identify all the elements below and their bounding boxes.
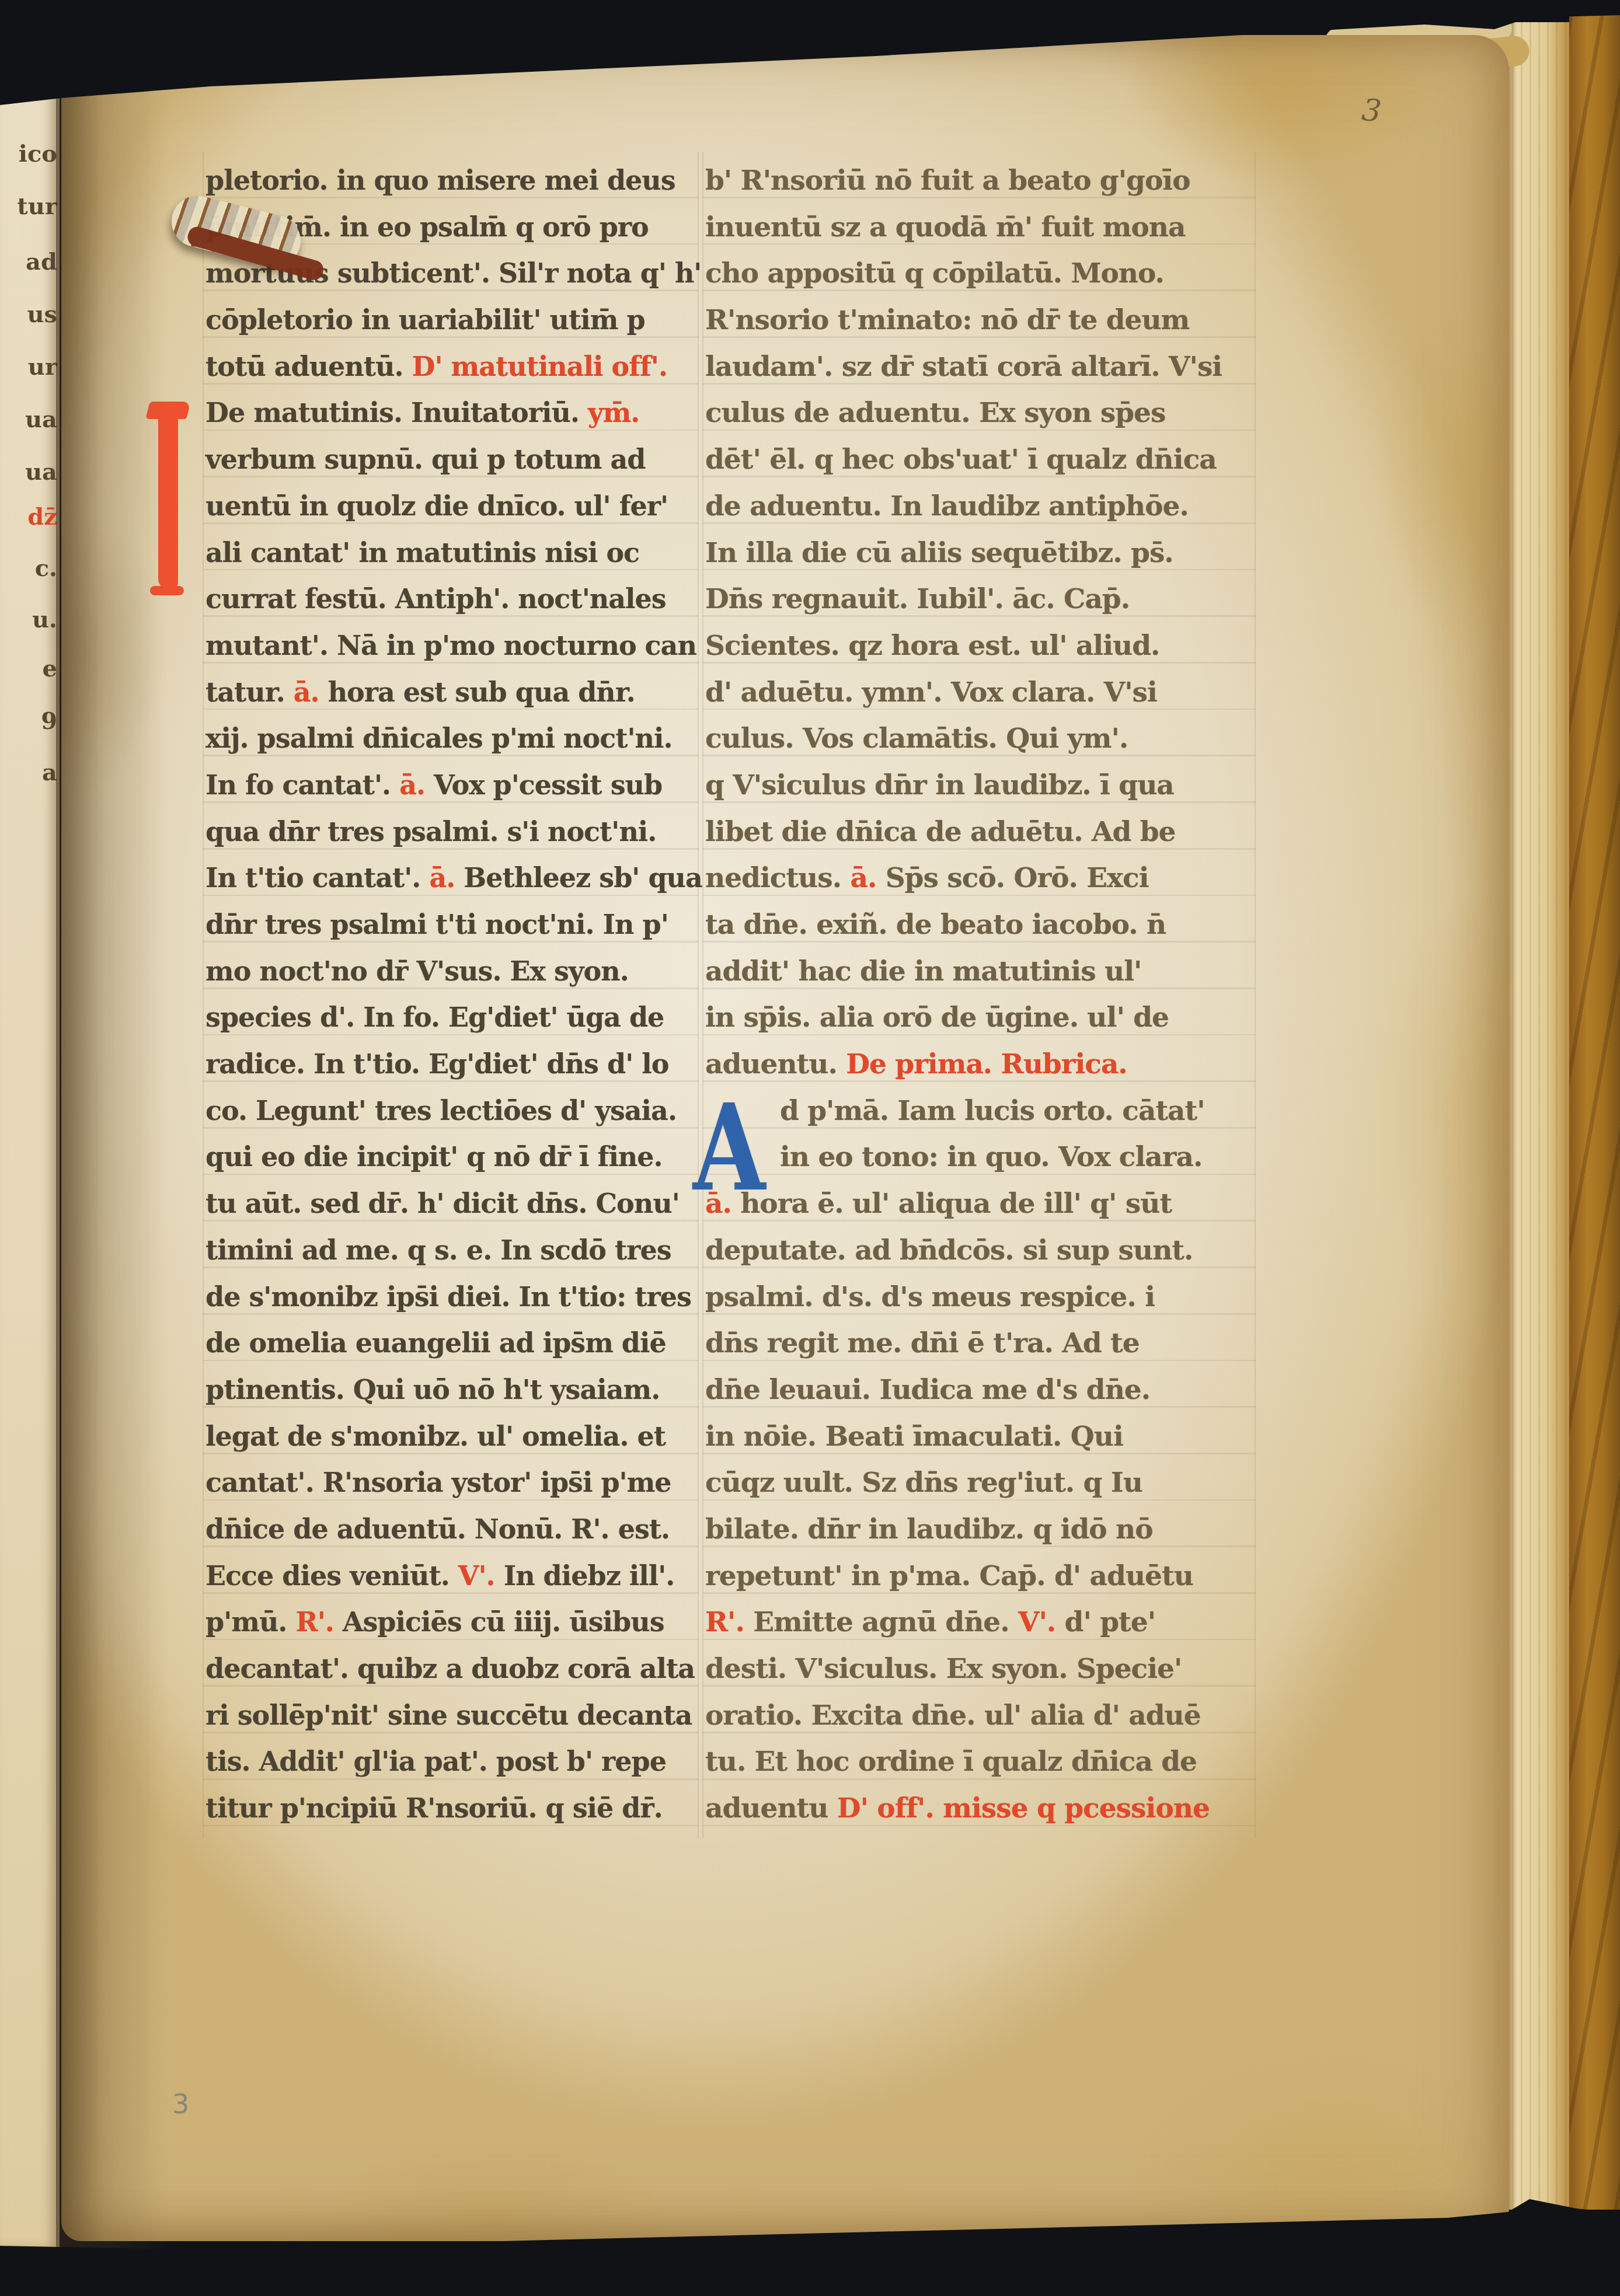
body-text: dn̄ice de aduentū. Nonū. R'. est. xyxy=(205,1513,670,1545)
body-text: cōpletorio in uariabilit' utim̄ p xyxy=(205,304,645,336)
body-text: in nōie. Beati īmaculati. Qui xyxy=(705,1421,1123,1453)
body-text: ta dn̄e. exiñ. de beato iacobo. n̄ xyxy=(705,909,1166,941)
initial-letter-A-blue: A xyxy=(693,1084,766,1219)
body-text: Sp̄s scō. Orō. Exci xyxy=(886,862,1149,894)
text-line: addit' hac die in matutinis ul' xyxy=(705,948,1254,995)
body-text: In diebz ill'. xyxy=(504,1560,675,1592)
text-line: de aduentu. In laudibz antiphōe. xyxy=(705,483,1254,530)
text-line: culus. Vos clamātis. Qui ym'. xyxy=(705,716,1254,762)
text-line: d p'mā. Iam lucis orto. cātat' xyxy=(705,1088,1254,1135)
facing-page-text-fragment: tur xyxy=(2,193,57,220)
body-text: Ecce dies veniūt. xyxy=(205,1560,458,1592)
body-text: bilate. dn̄r in laudibz. q idō nō xyxy=(705,1513,1153,1545)
text-line: mutant'. Nā in p'mo nocturno can xyxy=(205,623,696,669)
body-text: dn̄s regit me. dn̄i ē t'ra. Ad te xyxy=(705,1327,1140,1359)
body-text: cantat'. R'nsoria ystor' ips̄i p'me xyxy=(205,1467,671,1498)
text-line: De matutinis. Inuitatoriū. ym̄. xyxy=(205,390,696,437)
body-text: radice. In t'tio. Eg'diet' dn̄s d' lo xyxy=(205,1048,668,1080)
text-line: xij. psalmi dn̄icales p'mi noct'ni. xyxy=(205,716,696,762)
text-line: inuentū sz a quodā m̄' fuit mona xyxy=(705,204,1254,251)
folio-number: 3 xyxy=(1360,92,1383,129)
text-line: libet die dn̄ica de aduētu. Ad be xyxy=(705,809,1254,856)
text-line: ptinentis. Qui uō nō h't ysaiam. xyxy=(205,1367,696,1414)
body-text: psalmi. d's. d's meus respice. i xyxy=(705,1281,1155,1313)
text-line: Ecce dies veniūt. V'. In diebz ill'. xyxy=(205,1553,696,1600)
body-text: inuentū sz a quodā m̄' fuit mona xyxy=(705,211,1185,243)
text-line: p'mū. R'. Aspiciēs cū iiij. ūsibus xyxy=(205,1599,696,1646)
body-text: libet die dn̄ica de aduētu. Ad be xyxy=(705,816,1175,848)
rubric-text: V'. xyxy=(1018,1606,1065,1638)
body-text: dn̄e leuaui. Iudica me d's dn̄e. xyxy=(705,1374,1150,1406)
text-line: aduentu D' off'. misse q pcessione xyxy=(705,1785,1254,1832)
body-text: mutant'. Nā in p'mo nocturno can xyxy=(205,630,696,661)
text-line: tatur. ā. hora est sub qua dn̄r. xyxy=(205,669,696,716)
body-text: d p'mā. Iam lucis orto. cātat' xyxy=(780,1095,1205,1127)
body-text: verbum supnū. qui p totum ad xyxy=(205,444,646,475)
facing-page-text-fragment: ua xyxy=(2,458,57,486)
text-line: tis. Addit' gl'ia pat'. post b' repe xyxy=(205,1739,696,1785)
body-text: titur p'ncipiū R'nsoriū. q siē dr̄. xyxy=(205,1792,663,1824)
facing-page-text-fragment: ad xyxy=(2,248,57,275)
facing-page-text-fragment: 9 xyxy=(2,707,57,735)
text-line: currat festū. Antiph'. noct'nales xyxy=(205,576,696,623)
body-text: timini ad me. q s. e. In scdō tres xyxy=(205,1234,671,1266)
body-text: hora ē. ul' aliqua de ill' q' sūt xyxy=(740,1188,1172,1220)
body-text: laudam'. sz dr̄ statī corā altarī. V'si xyxy=(705,351,1222,383)
rubric-text: R'. xyxy=(705,1606,753,1638)
body-text: tis. Addit' gl'ia pat'. post b' repe xyxy=(205,1746,666,1777)
body-text: cūqz uult. Sz dn̄s reg'iut. q Iu xyxy=(705,1467,1142,1499)
body-text: cho appositū q cōpilatū. Mono. xyxy=(705,257,1164,289)
text-line: Dn̄s regnauit. Iubil'. āc. Cap̄. xyxy=(705,576,1254,623)
body-text: b' R'nsoriū nō fuit a beato g'goīo xyxy=(705,165,1190,197)
text-line: tu aūt. sed dr̄. h' dicit dn̄s. Conu' xyxy=(205,1181,696,1227)
text-column-right: b' R'nsoriū nō fuit a beato g'goīoinuent… xyxy=(705,158,1254,1832)
rubric-text: R'. xyxy=(295,1606,342,1638)
body-text: aduentu. xyxy=(705,1048,846,1080)
rubric-text: V'. xyxy=(458,1560,504,1592)
text-line: decantat'. quibz a duobz corā alta xyxy=(205,1646,696,1693)
text-line: de s'monibz ips̄i diei. In t'tio: tres xyxy=(205,1274,696,1321)
text-line: R'. Emitte agnū dn̄e. V'. d' pte' xyxy=(705,1599,1254,1646)
text-line: desti. V'siculus. Ex syon. Specie' xyxy=(705,1646,1254,1693)
text-line: repetunt' in p'ma. Cap̄. d' aduētu xyxy=(705,1553,1254,1600)
facing-page-text-fragment: ua xyxy=(2,406,57,433)
text-line: tu. Et hoc ordine ī qualz dn̄ica de xyxy=(705,1739,1254,1785)
text-line: radice. In t'tio. Eg'diet' dn̄s d' lo xyxy=(205,1041,696,1088)
text-line: cūqz uult. Sz dn̄s reg'iut. q Iu xyxy=(705,1460,1254,1506)
body-text: In fo cantat'. xyxy=(205,769,399,801)
text-line: cōpletorio in uariabilit' utim̄ p xyxy=(205,297,696,344)
wooden-board xyxy=(1569,15,1620,2210)
text-line: In t'tio cantat'. ā. Bethleez sb' qua xyxy=(205,855,696,902)
body-text: culus de aduentu. Ex syon sp̄es xyxy=(705,397,1165,429)
body-text: dn̄r tres psalmi t'ti noct'ni. In p' xyxy=(205,909,668,940)
text-line: deputate. ad bn̄dcōs. si sup sunt. xyxy=(705,1227,1254,1274)
text-line: legat de s'monibz. ul' omelia. et xyxy=(205,1414,696,1460)
text-column-left: pletorio. in quo misere mei deusp̄mittim… xyxy=(205,158,696,1832)
facing-page-text-fragment: dz̄ xyxy=(2,503,57,531)
text-line: ali cantat' in matutinis nisi oc xyxy=(205,530,696,577)
body-text: mo noct'no dr̄ V'sus. Ex syon. xyxy=(205,955,629,987)
body-text: q V'siculus dn̄r in laudibz. ī qua xyxy=(705,769,1174,801)
body-text: ri sollēp'nit' sine succētu decanta xyxy=(205,1700,692,1731)
body-text: in sp̄is. alia orō de ūgine. ul' de xyxy=(705,1002,1169,1034)
text-line: cho appositū q cōpilatū. Mono. xyxy=(705,250,1254,297)
text-line: in eo tono: in quo. Vox clara. xyxy=(705,1134,1254,1181)
text-line: ā. hora ē. ul' aliqua de ill' q' sūt xyxy=(705,1181,1254,1227)
body-text: In illa die cū aliis sequētibz. ps̄. xyxy=(705,537,1173,569)
body-text: repetunt' in p'ma. Cap̄. d' aduētu xyxy=(705,1560,1193,1592)
body-text: tu aūt. sed dr̄. h' dicit dn̄s. Conu' xyxy=(205,1188,680,1219)
body-text: d' aduētu. ymn'. Vox clara. V'si xyxy=(705,676,1157,709)
text-line: dēt' ēl. q hec obs'uat' ī qualz dn̄ica xyxy=(705,437,1254,483)
body-text: De matutinis. Inuitatoriū. xyxy=(205,397,588,428)
text-line: in sp̄is. alia orō de ūgine. ul' de xyxy=(705,995,1254,1041)
text-line: totū aduentū. D' matutinali off'. xyxy=(205,344,696,390)
rubric-text: De prima. Rubrica. xyxy=(846,1048,1127,1080)
text-line: pletorio. in quo misere mei deus xyxy=(205,158,696,204)
text-line: psalmi. d's. d's meus respice. i xyxy=(705,1274,1254,1321)
body-text: species d'. In fo. Eg'diet' ūga de xyxy=(205,1002,664,1033)
body-text: Emitte agnū dn̄e. xyxy=(753,1606,1018,1638)
body-text: qui eo die incipit' q nō dr̄ ī fine. xyxy=(205,1141,663,1173)
text-line: bilate. dn̄r in laudibz. q idō nō xyxy=(705,1506,1254,1553)
rubric-text: ā. xyxy=(399,769,434,801)
body-text: addit' hac die in matutinis ul' xyxy=(705,955,1141,988)
facing-page-text-fragment: c. xyxy=(2,554,57,582)
manuscript-photo: icoturadusuruauadz̄c.u.e9a pletorio. in … xyxy=(0,0,1620,2296)
body-text: hora est sub qua dn̄r. xyxy=(328,676,635,708)
pencil-page-number: 3 xyxy=(172,2088,189,2120)
body-text: de aduentu. In laudibz antiphōe. xyxy=(705,490,1189,522)
body-text: co. Legunt' tres lectiōes d' ysaia. xyxy=(205,1095,677,1126)
body-text: dēt' ēl. q hec obs'uat' ī qualz dn̄ica xyxy=(705,444,1217,476)
text-line: culus de aduentu. Ex syon sp̄es xyxy=(705,390,1254,437)
facing-page-text-fragment: us xyxy=(2,301,57,328)
body-text: decantat'. quibz a duobz corā alta xyxy=(205,1653,695,1684)
body-text: R'nsorio t'minato: nō dr̄ te deum xyxy=(705,304,1189,336)
body-text: pletorio. in quo misere mei deus xyxy=(205,165,675,196)
text-line: verbum supnū. qui p totum ad xyxy=(205,437,696,483)
facing-page-text-fragment: a xyxy=(2,759,57,786)
text-line: Scientes. qz hora est. ul' aliud. xyxy=(705,623,1254,669)
text-line: q V'siculus dn̄r in laudibz. ī qua xyxy=(705,762,1254,809)
body-text: totū aduentū. xyxy=(205,351,412,382)
body-text: uentū in quolz die dnīco. ul' fer' xyxy=(205,490,668,522)
parchment-page: pletorio. in quo misere mei deusp̄mittim… xyxy=(61,35,1509,2241)
body-text: aduentu xyxy=(705,1792,837,1824)
body-text: in eo tono: in quo. Vox clara. xyxy=(780,1141,1202,1173)
body-text: tatur. xyxy=(205,676,294,708)
body-text: de s'monibz ips̄i diei. In t'tio: tres xyxy=(205,1281,691,1313)
body-text: ali cantat' in matutinis nisi oc xyxy=(205,537,639,568)
text-line: cantat'. R'nsoria ystor' ips̄i p'me xyxy=(205,1460,696,1506)
text-line: species d'. In fo. Eg'diet' ūga de xyxy=(205,995,696,1041)
body-text: de omelia euangelii ad ips̄m diē xyxy=(205,1327,666,1359)
body-text: currat festū. Antiph'. noct'nales xyxy=(205,583,666,615)
rubric-text: ā. xyxy=(850,862,885,894)
body-text: oratio. Excita dn̄e. ul' alia d' aduē xyxy=(705,1700,1201,1732)
text-line: co. Legunt' tres lectiōes d' ysaia. xyxy=(205,1088,696,1135)
body-text: ptinentis. Qui uō nō h't ysaiam. xyxy=(205,1374,660,1405)
body-text: desti. V'siculus. Ex syon. Specie' xyxy=(705,1653,1182,1685)
body-text: qua dn̄r tres psalmi. s'i noct'ni. xyxy=(205,816,656,847)
facing-page-text-fragment: e xyxy=(2,655,57,682)
text-line: in nōie. Beati īmaculati. Qui xyxy=(705,1414,1254,1460)
text-line: In fo cantat'. ā. Vox p'cessit sub xyxy=(205,762,696,809)
body-text: legat de s'monibz. ul' omelia. et xyxy=(205,1421,666,1452)
body-text: In t'tio cantat'. xyxy=(205,862,429,894)
rubric-text: D' off'. misse q pcessione xyxy=(837,1792,1210,1824)
gutter-shadow xyxy=(56,70,169,2253)
rubric-text: ym̄. xyxy=(588,397,639,428)
text-line: In illa die cū aliis sequētibz. ps̄. xyxy=(705,530,1254,577)
text-line: oratio. Excita dn̄e. ul' alia d' aduē xyxy=(705,1693,1254,1739)
text-line: de omelia euangelii ad ips̄m diē xyxy=(205,1320,696,1367)
body-text: culus. Vos clamātis. Qui ym'. xyxy=(705,723,1128,755)
text-line: qui eo die incipit' q nō dr̄ ī fine. xyxy=(205,1134,696,1181)
body-text: tu. Et hoc ordine ī qualz dn̄ica de xyxy=(705,1746,1197,1778)
text-line: ta dn̄e. exiñ. de beato iacobo. n̄ xyxy=(705,902,1254,948)
text-line: qua dn̄r tres psalmi. s'i noct'ni. xyxy=(205,809,696,856)
text-line: mo noct'no dr̄ V'sus. Ex syon. xyxy=(205,948,696,995)
rubric-text: ā. xyxy=(294,676,328,708)
body-text: d' pte' xyxy=(1065,1606,1155,1638)
text-line: laudam'. sz dr̄ statī corā altarī. V'si xyxy=(705,344,1254,390)
facing-page-text-fragment: ico xyxy=(2,140,57,168)
text-line: titur p'ncipiū R'nsoriū. q siē dr̄. xyxy=(205,1785,696,1832)
text-line: d' aduētu. ymn'. Vox clara. V'si xyxy=(705,669,1254,716)
text-line: dn̄s regit me. dn̄i ē t'ra. Ad te xyxy=(705,1320,1254,1367)
body-text: p'mū. xyxy=(205,1606,295,1638)
text-line: dn̄e leuaui. Iudica me d's dn̄e. xyxy=(705,1367,1254,1414)
body-text: Aspiciēs cū iiij. ūsibus xyxy=(343,1606,664,1638)
body-text: Scientes. qz hora est. ul' aliud. xyxy=(705,630,1159,662)
body-text: Vox p'cessit sub xyxy=(434,769,662,801)
text-line: nedictus. ā. Sp̄s scō. Orō. Exci xyxy=(705,855,1254,902)
body-text: deputate. ad bn̄dcōs. si sup sunt. xyxy=(705,1234,1193,1266)
body-text: Dn̄s regnauit. Iubil'. āc. Cap̄. xyxy=(705,583,1130,615)
facing-page-text-fragment: ur xyxy=(2,353,57,381)
text-line: ri sollēp'nit' sine succētu decanta xyxy=(205,1693,696,1739)
text-line: timini ad me. q s. e. In scdō tres xyxy=(205,1227,696,1274)
text-line: dn̄ice de aduentū. Nonū. R'. est. xyxy=(205,1506,696,1553)
rubric-text: ā. xyxy=(429,862,464,894)
text-line: R'nsorio t'minato: nō dr̄ te deum xyxy=(705,297,1254,344)
rubric-text: D' matutinali off'. xyxy=(412,351,667,382)
facing-page-text-fragment: u. xyxy=(2,606,57,633)
facing-page-edge: icoturadusuruauadz̄c.u.e9a xyxy=(0,86,60,2249)
text-line: dn̄r tres psalmi t'ti noct'ni. In p' xyxy=(205,902,696,948)
body-text: nedictus. xyxy=(705,862,850,894)
text-line: b' R'nsoriū nō fuit a beato g'goīo xyxy=(705,158,1254,204)
body-text: xij. psalmi dn̄icales p'mi noct'ni. xyxy=(205,723,672,754)
text-line: uentū in quolz die dnīco. ul' fer' xyxy=(205,483,696,530)
text-line: aduentu. De prima. Rubrica. xyxy=(705,1041,1254,1088)
body-text: Bethleez sb' qua xyxy=(464,862,702,894)
